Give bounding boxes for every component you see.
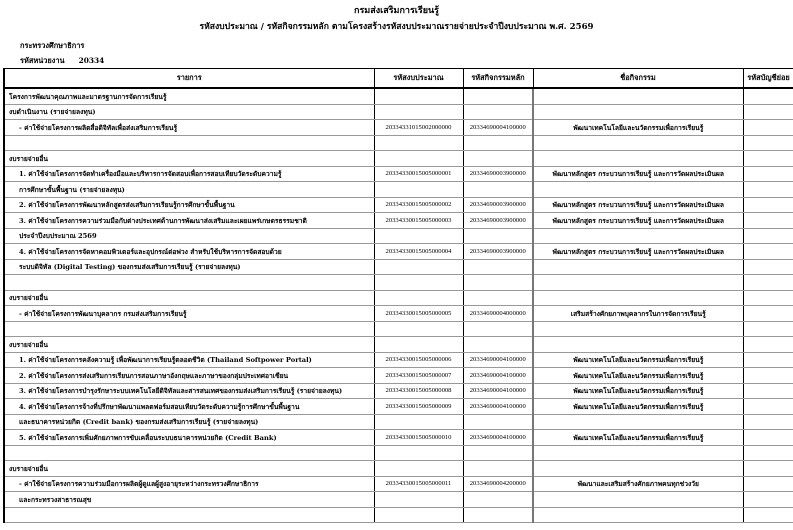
row-sub-account: [743, 306, 793, 322]
row-budget-code-text: 20334330015005000009: [386, 403, 452, 410]
row-main-activity-code: [463, 104, 533, 120]
row-item: 5. ค่าใช้จ่ายโครงการเพิ่มศักยภาพการขับเค…: [4, 430, 374, 446]
row-activity-name: พัฒนาและเสริมสร้างศักยภาพคนทุกช่วงวัย: [533, 476, 743, 492]
budget-code-table: รายการ รหัสงบประมาณ รหัสกิจกรรมหลัก ชื่อ…: [3, 68, 793, 523]
row-main-activity-code-text: 20334690003900000: [470, 217, 526, 224]
row-item: ประจำปีงบประมาณ 2569: [4, 228, 374, 244]
row-activity-name: [533, 492, 743, 508]
unit-code-line: รหัสหน่วยงาน20334: [20, 55, 104, 67]
row-main-activity-code: 20334690004100000: [463, 430, 533, 446]
header-sub-account: รหัสบัญชีย่อย: [743, 69, 793, 89]
row-sub-account: [743, 182, 793, 198]
table-row: [4, 275, 793, 291]
row-item: [4, 275, 374, 291]
table-row: งบรายจ่ายอื่น: [4, 461, 793, 477]
table-row: 3. ค่าใช้จ่ายโครงการความร่วมมือกับต่างปร…: [4, 213, 793, 229]
table-row: 2. ค่าใช้จ่ายโครงการส่งเสริมการเรียนการส…: [4, 368, 793, 384]
table-row: 4. ค่าใช้จ่ายโครงการจ้างที่ปรึกษาพัฒนาแพ…: [4, 399, 793, 415]
row-main-activity-code: [463, 135, 533, 151]
document-subtitle: รหัสงบประมาณ / รหัสกิจกรรมหลัก ตามโครงสร…: [0, 19, 793, 33]
row-activity-name: พัฒนาหลักสูตร กระบวนการเรียนรู้ และการวั…: [533, 166, 743, 182]
row-sub-account: [743, 445, 793, 461]
row-main-activity-code: [463, 321, 533, 337]
row-item: 1. ค่าใช้จ่ายโครงการคลังความรู้ เพื่อพัฒ…: [4, 352, 374, 368]
row-item-text: 4. ค่าใช้จ่ายโครงการจัดหาคอมพิวเตอร์และอ…: [19, 248, 282, 256]
row-budget-code-text: 20334330015005000008: [386, 387, 452, 394]
row-main-activity-code-text: 20334690003900000: [470, 170, 526, 177]
row-item-text: งบรายจ่ายอื่น: [9, 294, 48, 302]
table-row: 1. ค่าใช้จ่ายโครงการคลังความรู้ เพื่อพัฒ…: [4, 352, 793, 368]
row-budget-code: [374, 290, 463, 306]
row-budget-code: 20334330015005000004: [374, 244, 463, 260]
row-budget-code: 20334330015005000009: [374, 399, 463, 415]
row-sub-account: [743, 104, 793, 120]
row-item: [4, 445, 374, 461]
row-activity-name: [533, 414, 743, 430]
row-budget-code: [374, 337, 463, 353]
row-budget-code-text: 20334330015005000005: [386, 310, 452, 317]
row-sub-account: [743, 244, 793, 260]
row-activity-name: พัฒนาเทคโนโลยีและนวัตกรรมเพื่อการเรียนรู…: [533, 430, 743, 446]
row-main-activity-code-text: 20334690004000000: [470, 310, 526, 317]
table-row: งบรายจ่ายอื่น: [4, 290, 793, 306]
row-budget-code-text: 20334330015005000003: [386, 217, 452, 224]
row-activity-name: [533, 228, 743, 244]
row-sub-account: [743, 383, 793, 399]
table-row: [4, 135, 793, 151]
header-budget-code: รหัสงบประมาณ: [374, 69, 463, 89]
row-item-text: - ค่าใช้จ่ายโครงการความร่วมมือการผลิตผู้…: [19, 480, 259, 488]
row-main-activity-code: [463, 182, 533, 198]
row-sub-account: [743, 461, 793, 477]
row-activity-name: [533, 104, 743, 120]
unit-code: 20334: [79, 56, 105, 65]
row-main-activity-code: [463, 414, 533, 430]
row-item-text: 1. ค่าใช้จ่ายโครงการคลังความรู้ เพื่อพัฒ…: [19, 356, 312, 364]
row-activity-name-text: พัฒนาเทคโนโลยีและนวัตกรรมเพื่อการเรียนรู…: [573, 403, 703, 411]
row-budget-code: 20334330015005000002: [374, 197, 463, 213]
row-budget-code: [374, 275, 463, 291]
row-budget-code: [374, 88, 463, 104]
row-activity-name: [533, 275, 743, 291]
row-item: 3. ค่าใช้จ่ายโครงการความร่วมมือกับต่างปร…: [4, 213, 374, 229]
row-item: งบดำเนินงาน (รายจ่ายลงทุน): [4, 104, 374, 120]
row-item: งบรายจ่ายอื่น: [4, 461, 374, 477]
row-item-text: 3. ค่าใช้จ่ายโครงการความร่วมมือกับต่างปร…: [19, 217, 307, 225]
row-activity-name: เสริมสร้างศักยภาพบุคลากรในการจัดการเรียน…: [533, 306, 743, 322]
table-row: 4. ค่าใช้จ่ายโครงการจัดหาคอมพิวเตอร์และอ…: [4, 244, 793, 260]
row-sub-account: [743, 368, 793, 384]
row-main-activity-code: 20334690003900000: [463, 213, 533, 229]
row-main-activity-code: [463, 88, 533, 104]
row-item: - ค่าใช้จ่ายโครงการความร่วมมือการผลิตผู้…: [4, 476, 374, 492]
row-main-activity-code-text: 20334690004100000: [470, 403, 526, 410]
row-sub-account: [743, 492, 793, 508]
table-row: - ค่าใช้จ่ายโครงการผลิตสื่อดิจิทัลเพื่อส…: [4, 120, 793, 136]
row-item-text: โครงการพัฒนาคุณภาพและมาตรฐานการจัดการเรี…: [9, 93, 166, 101]
row-activity-name: [533, 445, 743, 461]
row-item: [4, 507, 374, 523]
row-main-activity-code-text: 20334690004200000: [470, 480, 526, 487]
row-activity-name: พัฒนาหลักสูตร กระบวนการเรียนรู้ และการวั…: [533, 213, 743, 229]
row-activity-name: [533, 182, 743, 198]
header-item: รายการ: [4, 69, 374, 89]
row-item: [4, 135, 374, 151]
table-row: [4, 507, 793, 523]
row-budget-code: [374, 151, 463, 167]
row-item-text: 1. ค่าใช้จ่ายโครงการจัดทำเครื่องมือและบร…: [19, 170, 282, 178]
row-main-activity-code: 20334690003900000: [463, 197, 533, 213]
row-budget-code-text: 20334330015005000002: [386, 201, 452, 208]
table-row: - ค่าใช้จ่ายโครงการความร่วมมือการผลิตผู้…: [4, 476, 793, 492]
row-budget-code: 20334330015005000006: [374, 352, 463, 368]
row-activity-name-text: พัฒนาเทคโนโลยีและนวัตกรรมเพื่อการเรียนรู…: [573, 372, 703, 380]
row-sub-account: [743, 399, 793, 415]
row-item: งบรายจ่ายอื่น: [4, 151, 374, 167]
table-row: ประจำปีงบประมาณ 2569: [4, 228, 793, 244]
row-sub-account: [743, 120, 793, 136]
row-main-activity-code-text: 20334690004100000: [470, 124, 526, 131]
table-row: 5. ค่าใช้จ่ายโครงการเพิ่มศักยภาพการขับเค…: [4, 430, 793, 446]
row-budget-code: [374, 135, 463, 151]
row-item: และกระทรวงสาธารณสุข: [4, 492, 374, 508]
row-item-text: การศึกษาขั้นพื้นฐาน (รายจ่ายลงทุน): [19, 186, 125, 194]
row-budget-code: [374, 259, 463, 275]
row-item: 1. ค่าใช้จ่ายโครงการจัดทำเครื่องมือและบร…: [4, 166, 374, 182]
row-budget-code-text: 20334331015002000000: [386, 124, 452, 131]
row-sub-account: [743, 197, 793, 213]
row-item: - ค่าใช้จ่ายโครงการผลิตสื่อดิจิทัลเพื่อส…: [4, 120, 374, 136]
row-activity-name: พัฒนาเทคโนโลยีและนวัตกรรมเพื่อการเรียนรู…: [533, 383, 743, 399]
table-row: และกระทรวงสาธารณสุข: [4, 492, 793, 508]
row-activity-name: พัฒนาเทคโนโลยีและนวัตกรรมเพื่อการเรียนรู…: [533, 120, 743, 136]
row-budget-code: [374, 104, 463, 120]
table-header-row: รายการ รหัสงบประมาณ รหัสกิจกรรมหลัก ชื่อ…: [4, 69, 793, 89]
table-row: โครงการพัฒนาคุณภาพและมาตรฐานการจัดการเรี…: [4, 88, 793, 104]
row-main-activity-code-text: 20334690004100000: [470, 434, 526, 441]
row-item: งบรายจ่ายอื่น: [4, 290, 374, 306]
row-sub-account: [743, 166, 793, 182]
row-budget-code: [374, 445, 463, 461]
row-item-text: - ค่าใช้จ่ายโครงการพัฒนาบุคลากร กรมส่งเส…: [19, 310, 187, 318]
table-row: 2. ค่าใช้จ่ายโครงการพัฒนาหลักสูตรส่งเสริ…: [4, 197, 793, 213]
row-activity-name: พัฒนาเทคโนโลยีและนวัตกรรมเพื่อการเรียนรู…: [533, 399, 743, 415]
row-item-text: 5. ค่าใช้จ่ายโครงการเพิ่มศักยภาพการขับเค…: [19, 434, 277, 442]
row-sub-account: [743, 352, 793, 368]
row-budget-code: 20334330015005000001: [374, 166, 463, 182]
row-item-text: งบรายจ่ายอื่น: [9, 341, 48, 349]
row-activity-name: [533, 507, 743, 523]
row-activity-name: [533, 290, 743, 306]
row-budget-code: [374, 228, 463, 244]
row-sub-account: [743, 430, 793, 446]
table-row: การศึกษาขั้นพื้นฐาน (รายจ่ายลงทุน): [4, 182, 793, 198]
row-sub-account: [743, 151, 793, 167]
row-main-activity-code: 20334690004100000: [463, 352, 533, 368]
row-item: โครงการพัฒนาคุณภาพและมาตรฐานการจัดการเรี…: [4, 88, 374, 104]
row-main-activity-code: 20334690004200000: [463, 476, 533, 492]
row-activity-name-text: เสริมสร้างศักยภาพบุคลากรในการจัดการเรียน…: [571, 310, 706, 318]
row-main-activity-code: 20334690004100000: [463, 383, 533, 399]
row-activity-name-text: พัฒนาเทคโนโลยีและนวัตกรรมเพื่อการเรียนรู…: [573, 434, 703, 442]
row-item: และธนาคารหน่วยกิต (Credit bank) ของกรมส่…: [4, 414, 374, 430]
row-item-text: งบรายจ่ายอื่น: [9, 155, 48, 163]
row-activity-name: [533, 88, 743, 104]
row-activity-name: พัฒนาเทคโนโลยีและนวัตกรรมเพื่อการเรียนรู…: [533, 368, 743, 384]
row-activity-name-text: พัฒนาหลักสูตร กระบวนการเรียนรู้ และการวั…: [553, 248, 724, 256]
row-activity-name-text: พัฒนาเทคโนโลยีและนวัตกรรมเพื่อการเรียนรู…: [573, 124, 703, 132]
row-item: ระบบดิจิทัล (Digital Testing) ของกรมส่งเ…: [4, 259, 374, 275]
row-item: - ค่าใช้จ่ายโครงการพัฒนาบุคลากร กรมส่งเส…: [4, 306, 374, 322]
row-sub-account: [743, 135, 793, 151]
row-item-text: งบดำเนินงาน (รายจ่ายลงทุน): [9, 108, 96, 116]
row-budget-code: [374, 507, 463, 523]
row-budget-code: [374, 182, 463, 198]
row-budget-code-text: 20334330015005000004: [386, 248, 452, 255]
row-item-text: ระบบดิจิทัล (Digital Testing) ของกรมส่งเ…: [19, 263, 241, 271]
row-item-text: 4. ค่าใช้จ่ายโครงการจ้างที่ปรึกษาพัฒนาแพ…: [19, 403, 299, 411]
row-item-text: งบรายจ่ายอื่น: [9, 465, 48, 473]
table-row: งบดำเนินงาน (รายจ่ายลงทุน): [4, 104, 793, 120]
row-main-activity-code: [463, 492, 533, 508]
row-sub-account: [743, 228, 793, 244]
row-budget-code: 20334330015005000008: [374, 383, 463, 399]
row-item-text: 3. ค่าใช้จ่ายโครงการบำรุงรักษาระบบเทคโนโ…: [19, 387, 342, 395]
row-activity-name: [533, 151, 743, 167]
row-main-activity-code-text: 20334690004100000: [470, 372, 526, 379]
row-main-activity-code: [463, 228, 533, 244]
row-main-activity-code: 20334690003900000: [463, 166, 533, 182]
table-row: [4, 321, 793, 337]
row-main-activity-code: [463, 337, 533, 353]
table-body: โครงการพัฒนาคุณภาพและมาตรฐานการจัดการเรี…: [4, 88, 793, 523]
row-main-activity-code: 20334690003900000: [463, 244, 533, 260]
row-main-activity-code: 20334690004100000: [463, 399, 533, 415]
row-budget-code: 20334331015002000000: [374, 120, 463, 136]
row-main-activity-code: [463, 151, 533, 167]
row-activity-name-text: พัฒนาเทคโนโลยีและนวัตกรรมเพื่อการเรียนรู…: [573, 356, 703, 364]
row-item-text: - ค่าใช้จ่ายโครงการผลิตสื่อดิจิทัลเพื่อส…: [19, 124, 177, 132]
row-activity-name: พัฒนาหลักสูตร กระบวนการเรียนรู้ และการวั…: [533, 244, 743, 260]
row-main-activity-code: [463, 259, 533, 275]
row-item: 3. ค่าใช้จ่ายโครงการบำรุงรักษาระบบเทคโนโ…: [4, 383, 374, 399]
row-activity-name: [533, 337, 743, 353]
row-sub-account: [743, 507, 793, 523]
row-budget-code-text: 20334330015005000007: [386, 372, 452, 379]
row-main-activity-code-text: 20334690004100000: [470, 356, 526, 363]
row-activity-name-text: พัฒนาหลักสูตร กระบวนการเรียนรู้ และการวั…: [553, 217, 724, 225]
table-row: [4, 445, 793, 461]
row-activity-name-text: พัฒนาและเสริมสร้างศักยภาพคนทุกช่วงวัย: [578, 480, 699, 488]
header-activity-name: ชื่อกิจกรรม: [533, 69, 743, 89]
row-main-activity-code: [463, 507, 533, 523]
row-budget-code: 20334330015005000003: [374, 213, 463, 229]
row-budget-code: [374, 492, 463, 508]
row-item: การศึกษาขั้นพื้นฐาน (รายจ่ายลงทุน): [4, 182, 374, 198]
ministry-name: กระทรวงศึกษาธิการ: [20, 40, 84, 52]
row-item-text: 2. ค่าใช้จ่ายโครงการส่งเสริมการเรียนการส…: [19, 372, 288, 380]
row-main-activity-code: 20334690004100000: [463, 368, 533, 384]
row-item-text: 2. ค่าใช้จ่ายโครงการพัฒนาหลักสูตรส่งเสริ…: [19, 201, 235, 209]
row-activity-name-text: พัฒนาเทคโนโลยีและนวัตกรรมเพื่อการเรียนรู…: [573, 387, 703, 395]
table-row: ระบบดิจิทัล (Digital Testing) ของกรมส่งเ…: [4, 259, 793, 275]
table-row: และธนาคารหน่วยกิต (Credit bank) ของกรมส่…: [4, 414, 793, 430]
row-activity-name: [533, 321, 743, 337]
row-budget-code: [374, 461, 463, 477]
row-budget-code-text: 20334330015005000010: [386, 434, 452, 441]
row-sub-account: [743, 321, 793, 337]
row-activity-name: พัฒนาหลักสูตร กระบวนการเรียนรู้ และการวั…: [533, 197, 743, 213]
row-budget-code-text: 20334330015005000006: [386, 356, 452, 363]
table-row: 3. ค่าใช้จ่ายโครงการบำรุงรักษาระบบเทคโนโ…: [4, 383, 793, 399]
row-main-activity-code: 20334690004100000: [463, 120, 533, 136]
row-activity-name-text: พัฒนาหลักสูตร กระบวนการเรียนรู้ และการวั…: [553, 170, 724, 178]
row-item-text: และธนาคารหน่วยกิต (Credit bank) ของกรมส่…: [19, 418, 258, 426]
row-sub-account: [743, 275, 793, 291]
row-main-activity-code: [463, 461, 533, 477]
row-main-activity-code-text: 20334690003900000: [470, 248, 526, 255]
row-sub-account: [743, 259, 793, 275]
row-main-activity-code-text: 20334690004100000: [470, 387, 526, 394]
row-main-activity-code-text: 20334690003900000: [470, 201, 526, 208]
row-activity-name: [533, 461, 743, 477]
table-row: - ค่าใช้จ่ายโครงการพัฒนาบุคลากร กรมส่งเส…: [4, 306, 793, 322]
row-item: 4. ค่าใช้จ่ายโครงการจ้างที่ปรึกษาพัฒนาแพ…: [4, 399, 374, 415]
document-title: กรมส่งเสริมการเรียนรู้: [0, 3, 793, 17]
row-main-activity-code: [463, 275, 533, 291]
table-row: งบรายจ่ายอื่น: [4, 337, 793, 353]
row-sub-account: [743, 476, 793, 492]
row-item: 2. ค่าใช้จ่ายโครงการพัฒนาหลักสูตรส่งเสริ…: [4, 197, 374, 213]
row-sub-account: [743, 88, 793, 104]
row-budget-code: [374, 414, 463, 430]
row-main-activity-code: 20334690004000000: [463, 306, 533, 322]
table-row: งบรายจ่ายอื่น: [4, 151, 793, 167]
row-sub-account: [743, 337, 793, 353]
row-activity-name: พัฒนาเทคโนโลยีและนวัตกรรมเพื่อการเรียนรู…: [533, 352, 743, 368]
row-item: 4. ค่าใช้จ่ายโครงการจัดหาคอมพิวเตอร์และอ…: [4, 244, 374, 260]
row-budget-code: [374, 321, 463, 337]
row-item: [4, 321, 374, 337]
row-main-activity-code: [463, 445, 533, 461]
header-main-activity-code: รหัสกิจกรรมหลัก: [463, 69, 533, 89]
row-activity-name: [533, 259, 743, 275]
unit-code-label: รหัสหน่วยงาน: [20, 56, 65, 65]
row-budget-code: 20334330015005000007: [374, 368, 463, 384]
row-budget-code: 20334330015005000010: [374, 430, 463, 446]
row-main-activity-code: [463, 290, 533, 306]
row-activity-name-text: พัฒนาหลักสูตร กระบวนการเรียนรู้ และการวั…: [553, 201, 724, 209]
row-sub-account: [743, 290, 793, 306]
row-activity-name: [533, 135, 743, 151]
row-item-text: และกระทรวงสาธารณสุข: [19, 496, 91, 504]
row-budget-code-text: 20334330015005000011: [386, 480, 452, 487]
row-item: 2. ค่าใช้จ่ายโครงการส่งเสริมการเรียนการส…: [4, 368, 374, 384]
row-sub-account: [743, 213, 793, 229]
row-item-text: ประจำปีงบประมาณ 2569: [19, 232, 97, 240]
row-budget-code: 20334330015005000011: [374, 476, 463, 492]
row-budget-code-text: 20334330015005000001: [386, 170, 452, 177]
row-item: งบรายจ่ายอื่น: [4, 337, 374, 353]
table-row: 1. ค่าใช้จ่ายโครงการจัดทำเครื่องมือและบร…: [4, 166, 793, 182]
row-sub-account: [743, 414, 793, 430]
row-budget-code: 20334330015005000005: [374, 306, 463, 322]
